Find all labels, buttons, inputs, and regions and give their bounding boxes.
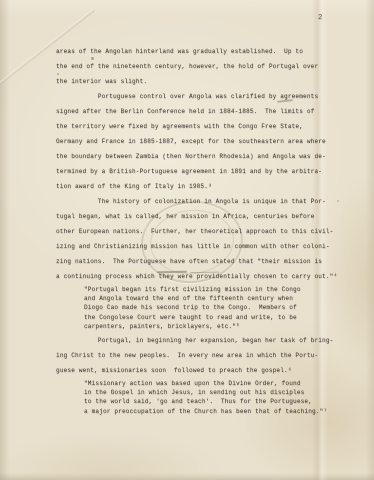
typewritten-text: areas of the Angolan hinterland was grad… <box>56 44 344 418</box>
text-line: Portuguese control over Angola was clari… <box>56 89 344 104</box>
text-line: the interior was slight. <box>56 74 344 89</box>
body-paragraph: Portugal, in beginning her expansion, be… <box>56 333 344 378</box>
text-line: termined by a British-Portuguese agreeme… <box>56 164 344 179</box>
text-line: the boundary between Zambia (then Northe… <box>56 149 344 164</box>
text-line: Portugal, in beginning her expansion, be… <box>56 333 344 348</box>
text-line: zing nations. The Portuguese have often … <box>56 254 344 269</box>
text-line: other European nations. Further, her the… <box>56 224 344 239</box>
text-line: "Missionary action was based upon the Di… <box>84 379 344 388</box>
text-line: signed after the Berlin Conference held … <box>56 104 344 119</box>
text-line: The history of colonization in Angola is… <box>56 194 344 209</box>
body-paragraph: Portuguese control over Angola was clari… <box>56 89 344 194</box>
text-line: tion award of the King of Italy in 1905.… <box>56 179 344 194</box>
text-line: in the Gospel in which Jesus, in sending… <box>84 388 344 397</box>
text-line: a major preoccupation of the Church has … <box>84 407 344 416</box>
block-quote: "Portugal began its first civilizing mis… <box>84 285 344 331</box>
text-line: izing and Christianizing mission has lit… <box>56 239 344 254</box>
page-number: 2 <box>318 14 322 22</box>
text-line: the Congolese Court were taught to read … <box>84 313 344 322</box>
text-line: ing Christ to the new peoples. In every … <box>56 348 344 363</box>
text-line: Germany and France in 1885-1887, except … <box>56 134 344 149</box>
text-line: "Portugal began its first civilizing mis… <box>84 285 344 294</box>
text-line: tugal began, what is called, her mission… <box>56 209 344 224</box>
text-line: carpenters, painters, bricklayers, etc."… <box>84 322 344 331</box>
body-paragraph: The history of colonization in Angola is… <box>56 194 344 284</box>
text-line: a continuing process which they were pro… <box>56 269 344 284</box>
document-page: 2 areas of the Angolan hinterland was gr… <box>0 0 374 480</box>
body-paragraph: areas of the Angolan hinterland was grad… <box>56 44 344 89</box>
block-quote: "Missionary action was based upon the Di… <box>84 379 344 416</box>
text-line: and Angola toward the end of the fifteen… <box>84 294 344 303</box>
text-line: Diogo Cao made his second trip to the Co… <box>84 303 344 312</box>
text-line: the territory were fixed by agreements w… <box>56 119 344 134</box>
text-line: areas of the Angolan hinterland was grad… <box>56 44 344 59</box>
text-line: the end of the nineteenth century, howev… <box>56 59 344 74</box>
text-line: guese went, missionaries soon followed t… <box>56 363 344 378</box>
text-line: to the world said, 'go and teach'. Thus … <box>84 397 344 406</box>
